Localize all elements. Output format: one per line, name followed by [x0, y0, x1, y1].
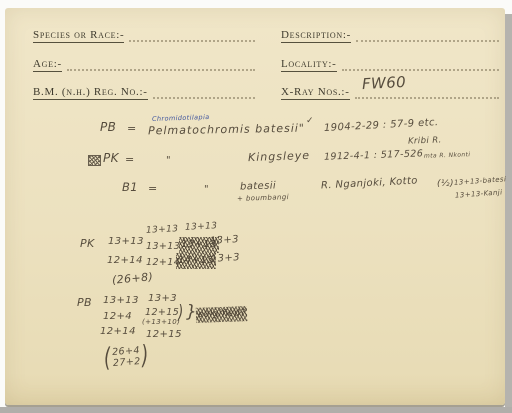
tally-pk-r2-scribbled: 14+15 [178, 256, 214, 266]
tally-pb-total-bottom: 27+2 [113, 357, 141, 368]
tally-pb-r2-paren: ) [178, 303, 183, 322]
note-pk-code: PK [103, 152, 119, 164]
tally-pk-label: PK [80, 238, 95, 249]
tally-pb-r3c2: 12+15 [146, 330, 182, 340]
field-reg-no: B.M. (n.h.) Reg. No.:- [33, 84, 255, 100]
note-pb-code: PB [100, 121, 116, 133]
field-label-age: Age:- [33, 58, 62, 72]
field-label-locality: Locality:- [281, 58, 337, 72]
checkmark: ✓ [306, 117, 314, 126]
note-pb-annotation-blue: Chromidotilapia [152, 114, 210, 123]
ditto-mark: " [166, 156, 171, 166]
note-b1-equals: = [148, 183, 158, 194]
scribbled-out-box [88, 155, 101, 166]
field-label-description: Description:- [281, 29, 351, 43]
tally-pb-r2c2: 12+15 [145, 308, 179, 318]
dotted-line [129, 40, 255, 42]
scan-edge-right [505, 14, 512, 413]
tally-pk-r2c3: 13+3 [211, 253, 241, 265]
dotted-line [356, 40, 499, 42]
field-label-xray: X-Ray Nos.:- [281, 86, 350, 100]
dotted-line [355, 97, 499, 99]
tally-pk-r1c1: 13+13 [108, 237, 144, 247]
tally-pk-top-1: 13+13 [146, 225, 179, 236]
tally-pb-total: ( 26+4 27+2 ) [101, 342, 151, 371]
tally-pk-r2c1: 12+14 [107, 256, 143, 266]
tally-pb-r2c2-sub: (+13+10) [142, 319, 180, 326]
note-pb-equals: = [127, 123, 137, 134]
note-b1-species: batesii [240, 181, 276, 192]
tally-pb-r1c2: 13+3 [148, 294, 177, 304]
tally-pk-r1c3: 13+3 [210, 235, 240, 247]
note-pb-locality: Kribi R. [408, 136, 442, 146]
field-label-reg-no: B.M. (n.h.) Reg. No.:- [33, 86, 148, 100]
tally-pb-r2c1: 12+4 [103, 312, 132, 322]
field-locality: Locality:- [281, 56, 499, 72]
field-species: Species or Race:- [33, 27, 255, 43]
note-pk-species: Kingsleye [248, 150, 310, 163]
tally-pk-r1c2: 13+13 [146, 242, 180, 252]
scan-edge-bottom [0, 407, 512, 413]
tally-pk-total: (26+8) [112, 271, 154, 286]
dotted-line [153, 97, 255, 99]
tally-pk-top-2: 13+13 [185, 222, 218, 233]
paren-close: ) [141, 342, 150, 368]
dotted-line [67, 69, 255, 71]
field-age: Age:- [33, 56, 255, 72]
ditto-mark: " [204, 185, 209, 195]
tally-pb-r2-scribbled-note: ealgified? [198, 309, 246, 320]
tally-pb-r1c1: 13+13 [103, 296, 139, 306]
field-label-species: Species or Race:- [33, 29, 124, 43]
dotted-line [342, 69, 499, 71]
note-pk-equals: = [125, 154, 135, 165]
tally-pb-label: PB [77, 297, 92, 308]
field-description: Description:- [281, 27, 499, 43]
tally-pb-r3c1: 12+14 [100, 327, 136, 337]
note-b1-code: B1 [122, 182, 138, 194]
paren-open: ( [103, 345, 112, 371]
tally-pb-total-values: 26+4 27+2 [112, 346, 141, 368]
note-b1-fraction: (½) [437, 180, 454, 189]
xray-number-handwritten: FW60 [362, 75, 407, 92]
specimen-card-scan: Species or Race:- Description:- Age:- Lo… [0, 0, 512, 413]
note-pb-species: Pelmatochromis batesii" [148, 123, 305, 137]
